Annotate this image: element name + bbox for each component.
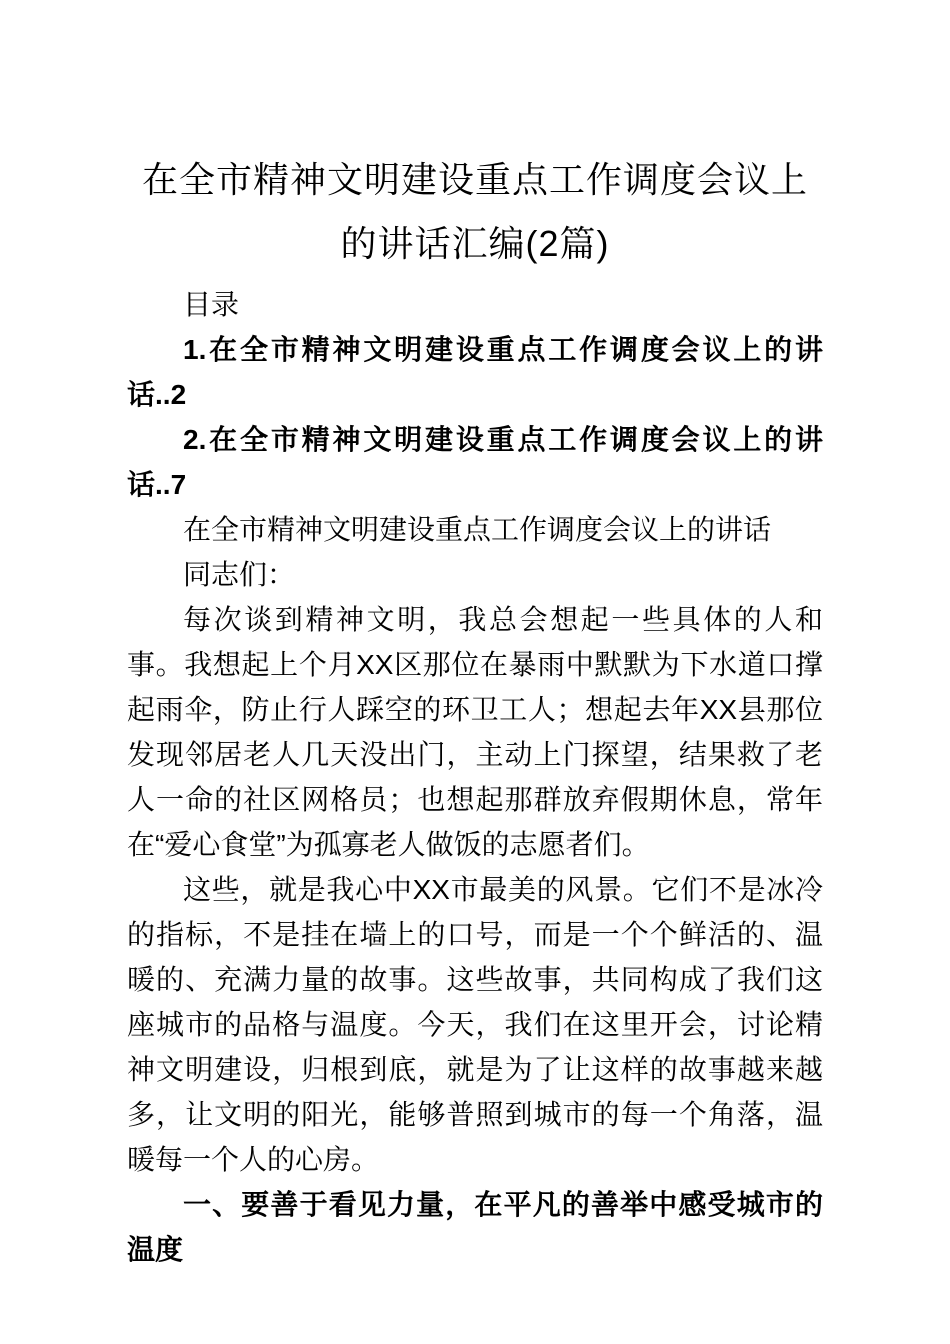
document-page: 在全市精神文明建设重点工作调度会议上的讲话汇编(2篇) 目录 1.在全市精神文明… [0,0,950,1344]
toc-item-1-page-number: 2 [171,379,187,410]
speech-salutation: 同志们： [127,552,823,597]
toc-item-2-text: 2.在全市精神文明建设重点工作调度会议上的讲话 [127,424,823,500]
toc-item-1-text: 1.在全市精神文明建设重点工作调度会议上的讲话 [127,334,823,410]
toc-item-2-page-number: 7 [171,469,187,500]
document-body: 目录 1.在全市精神文明建设重点工作调度会议上的讲话..2 2.在全市精神文明建… [127,282,823,1272]
document-title: 在全市精神文明建设重点工作调度会议上的讲话汇编(2篇) [127,148,823,276]
toc-item-2[interactable]: 2.在全市精神文明建设重点工作调度会议上的讲话..7 [127,417,823,507]
section-heading-1: 一、要善于看见力量，在平凡的善举中感受城市的温度 [127,1182,823,1272]
speech-title: 在全市精神文明建设重点工作调度会议上的讲话 [127,507,823,552]
toc-item-1[interactable]: 1.在全市精神文明建设重点工作调度会议上的讲话..2 [127,327,823,417]
speech-paragraph-1: 每次谈到精神文明，我总会想起一些具体的人和事。我想起上个月XX区那位在暴雨中默默… [127,597,823,867]
toc-item-2-leader-dots: .. [155,469,171,500]
toc-item-1-leader-dots: .. [155,379,171,410]
toc-heading: 目录 [127,282,823,327]
speech-paragraph-2: 这些，就是我心中XX市最美的风景。它们不是冰冷的指标，不是挂在墙上的口号，而是一… [127,867,823,1182]
